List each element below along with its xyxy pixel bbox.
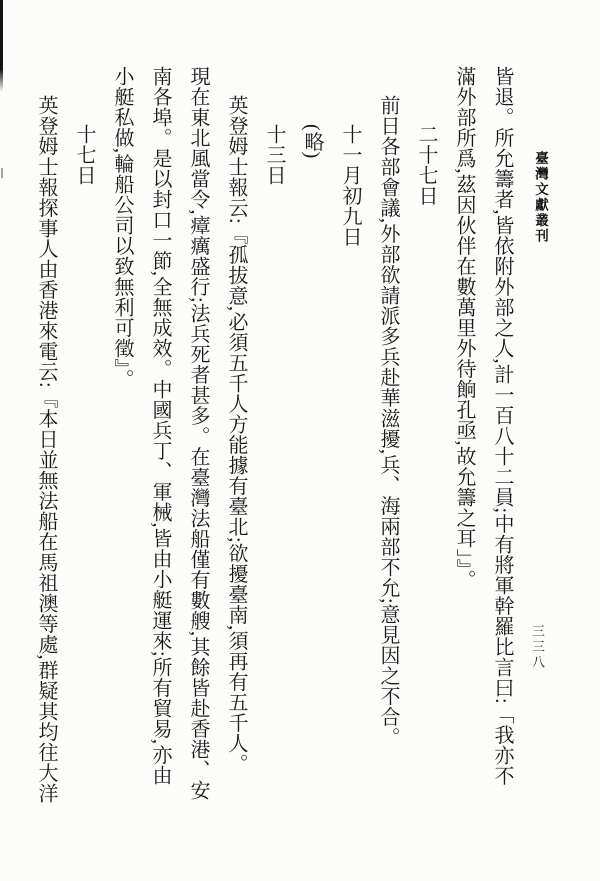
text-column: 十七日 bbox=[65, 66, 103, 874]
text-column: 皆退。所允籌者,皆依附外部之人,計一百八十二員;中有將軍幹羅比言曰:「我亦不 bbox=[483, 66, 521, 874]
text-column: 現在東北風當令,瘴癘盛行;法兵死者甚多。在臺灣法船僅有數艘,其餘皆赴香港、安 bbox=[179, 66, 217, 874]
text-column: 滿外部所爲,茲因伙伴在數萬里外待餉孔亟,故允籌之耳」』。 bbox=[445, 66, 483, 874]
text-column: 英登姆士報探事人由香港來電云:『本日並無法船在馬祖澳等處,群疑其均往大洋 bbox=[27, 66, 65, 874]
text-column: 前日各部會議,外部欲請派多兵赴華滋擾,兵、海兩部不允;意見因之不合。 bbox=[369, 66, 407, 874]
page-number: 三三八 bbox=[528, 624, 547, 671]
text-column: 十三日 bbox=[255, 66, 293, 874]
text-column: 二十七日 bbox=[407, 66, 445, 874]
running-head-title: 臺灣文獻叢刊 bbox=[530, 151, 550, 244]
scanned-document-page: 臺灣文獻叢刊 三三八 皆退。所允籌者,皆依附外部之人,計一百八十二員;中有將軍幹… bbox=[0, 0, 600, 881]
scan-edge-artifact bbox=[0, 0, 3, 92]
scan-speck-artifact bbox=[1, 168, 3, 178]
text-column: (略) bbox=[293, 66, 331, 874]
text-columns: 皆退。所允籌者,皆依附外部之人,計一百八十二員;中有將軍幹羅比言曰:「我亦不滿外… bbox=[27, 66, 521, 874]
text-column: 十一月初九日 bbox=[331, 66, 369, 874]
text-column: 小艇私做,輪船公司以致無利可徵』。 bbox=[103, 66, 141, 874]
text-column: 英登姆士報云:『孤拔意,必須五千人方能據有臺北;欲擾臺南,須再有五千人。 bbox=[217, 66, 255, 874]
text-column: 南各埠。是以封口一節,全無成效。中國兵丁、軍械,皆由小艇運來;所有貿易,亦由 bbox=[141, 66, 179, 874]
